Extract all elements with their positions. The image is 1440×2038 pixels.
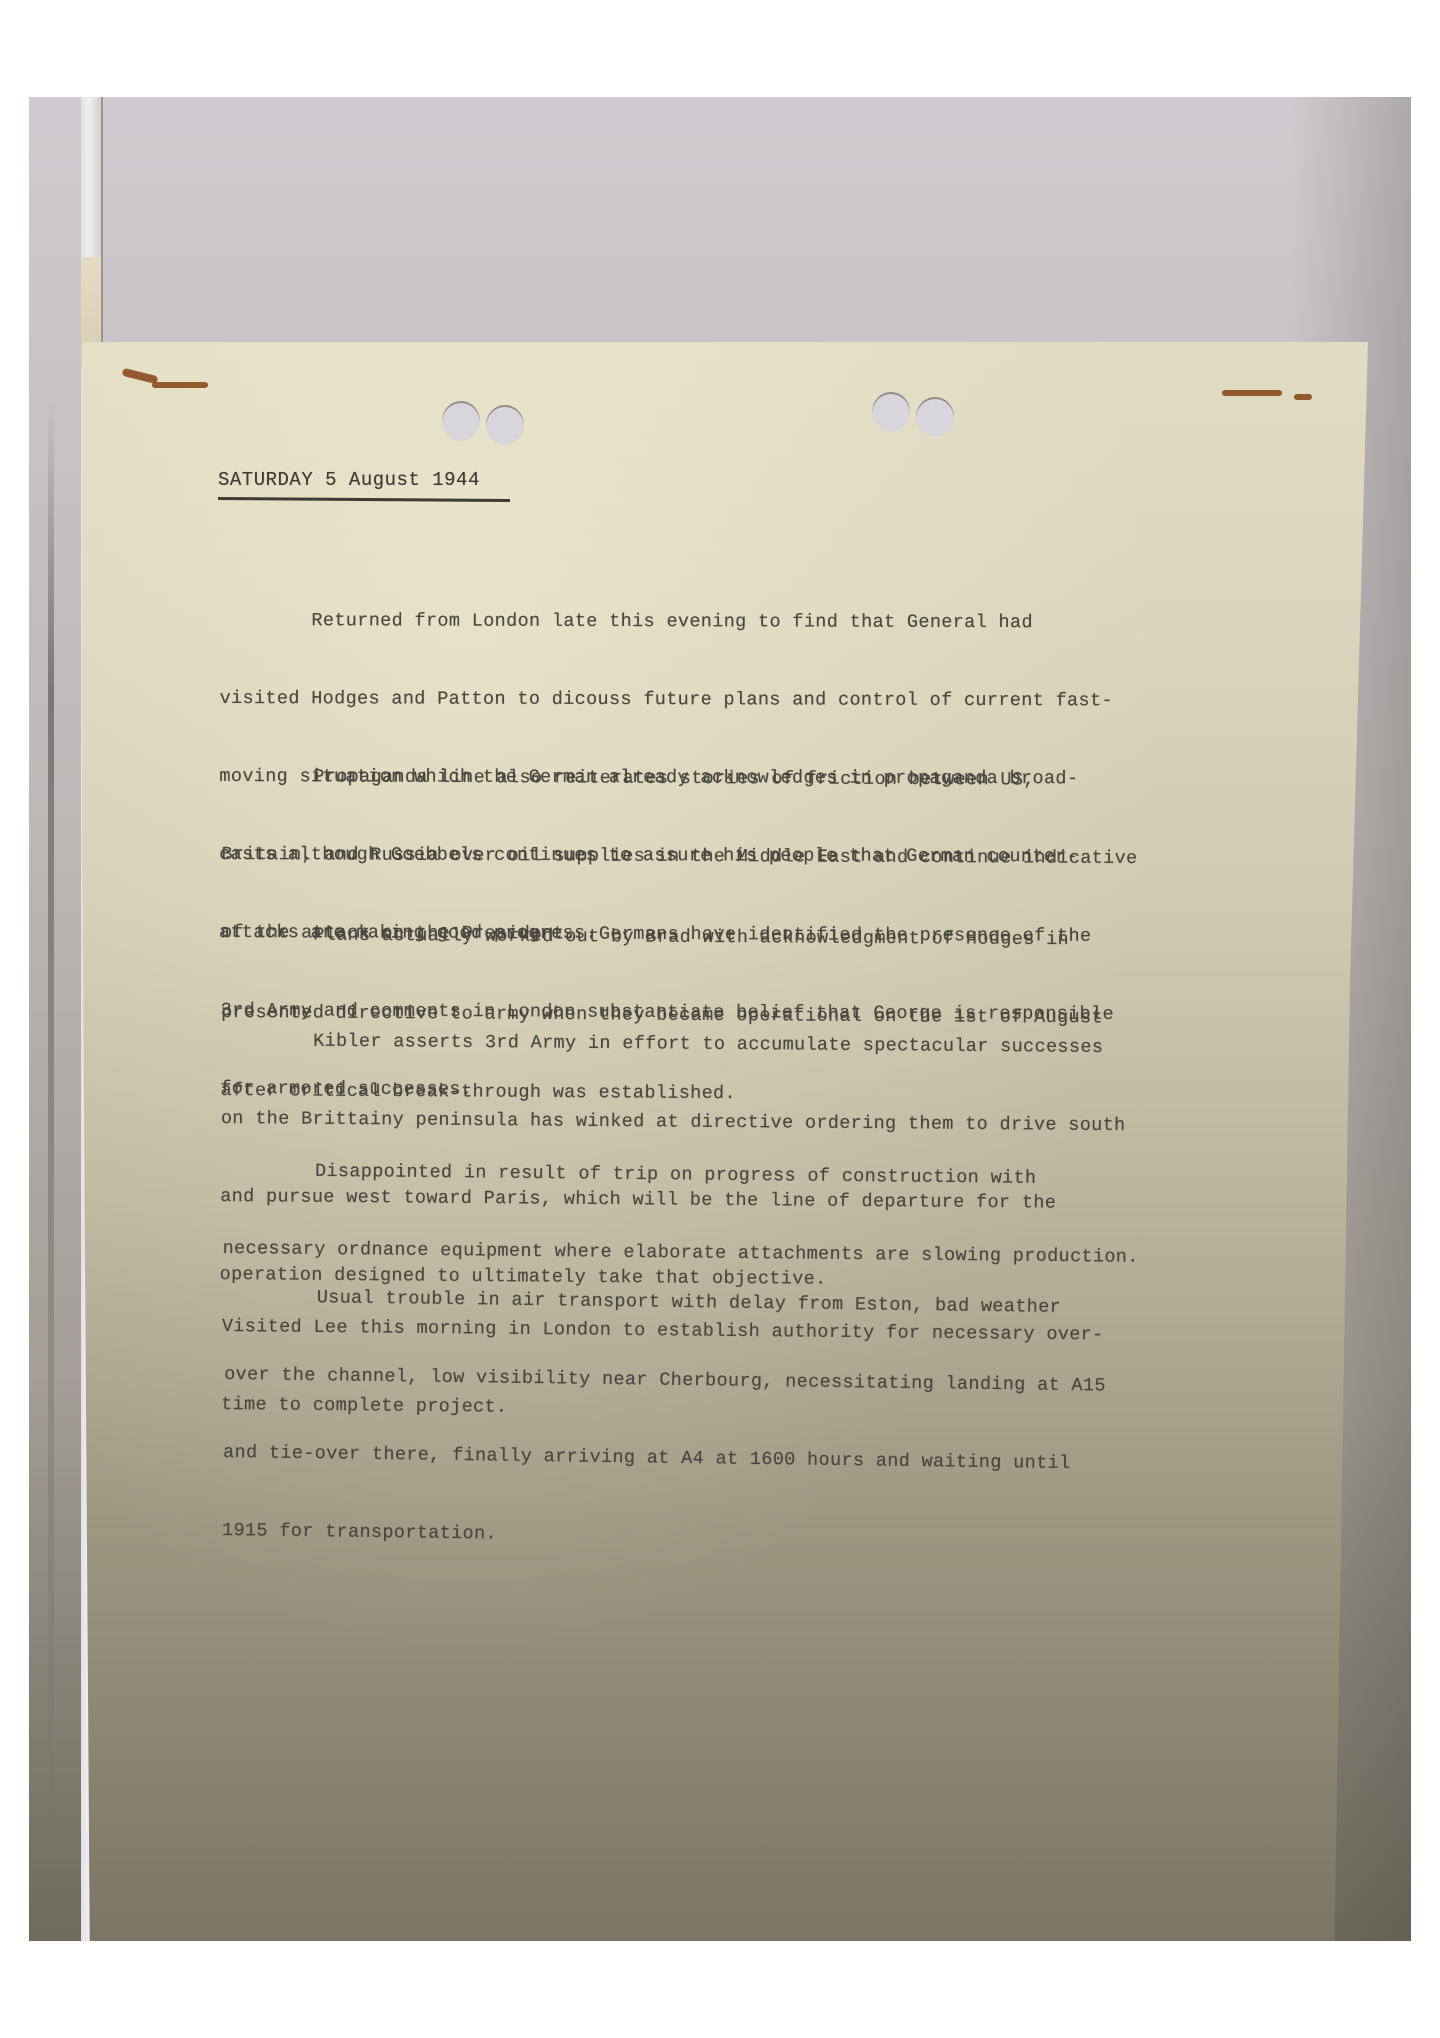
paragraph-line: Disappointed in result of trip on progre… <box>223 1158 1139 1193</box>
paragraph-line: Propaganda line also reiterates stories … <box>222 764 1138 794</box>
paragraph-line: visited Hodges and Patton to dicouss fut… <box>220 686 1113 714</box>
paragraph-line: Returned from London late this evening t… <box>220 608 1113 636</box>
paper-edge-shadow <box>48 400 54 1850</box>
punch-hole <box>872 392 910 432</box>
heading-underline <box>218 497 510 502</box>
paragraph-line: and tie-over there, finally arriving at … <box>223 1440 1105 1478</box>
punch-hole <box>442 401 480 441</box>
ink-annotation-right-dash <box>1294 394 1312 400</box>
punch-hole <box>486 405 524 445</box>
ink-annotation-left-tail <box>152 382 208 388</box>
paragraph-line: Plans actually worked out by Brad with a… <box>222 922 1104 953</box>
paragraph-line: Usual trouble in air transport with dela… <box>225 1284 1107 1322</box>
paragraph-line: over the channel, low visibility near Ch… <box>224 1362 1106 1400</box>
ink-annotation-right <box>1222 390 1282 396</box>
paragraph-line: 1915 for transportation. <box>222 1518 1104 1556</box>
page-heading-date: SATURDAY 5 August 1944 <box>218 469 480 491</box>
paragraph-line: Britain, and Russia over oil supplies in… <box>221 842 1137 872</box>
diary-page: SATURDAY 5 August 1944 Returned from Lon… <box>82 342 1368 1941</box>
punch-hole <box>916 397 954 437</box>
paragraph-6: Usual trouble in air transport with dela… <box>221 1232 1107 1608</box>
paragraph-line: Kibler asserts 3rd Army in effort to acc… <box>221 1028 1126 1061</box>
